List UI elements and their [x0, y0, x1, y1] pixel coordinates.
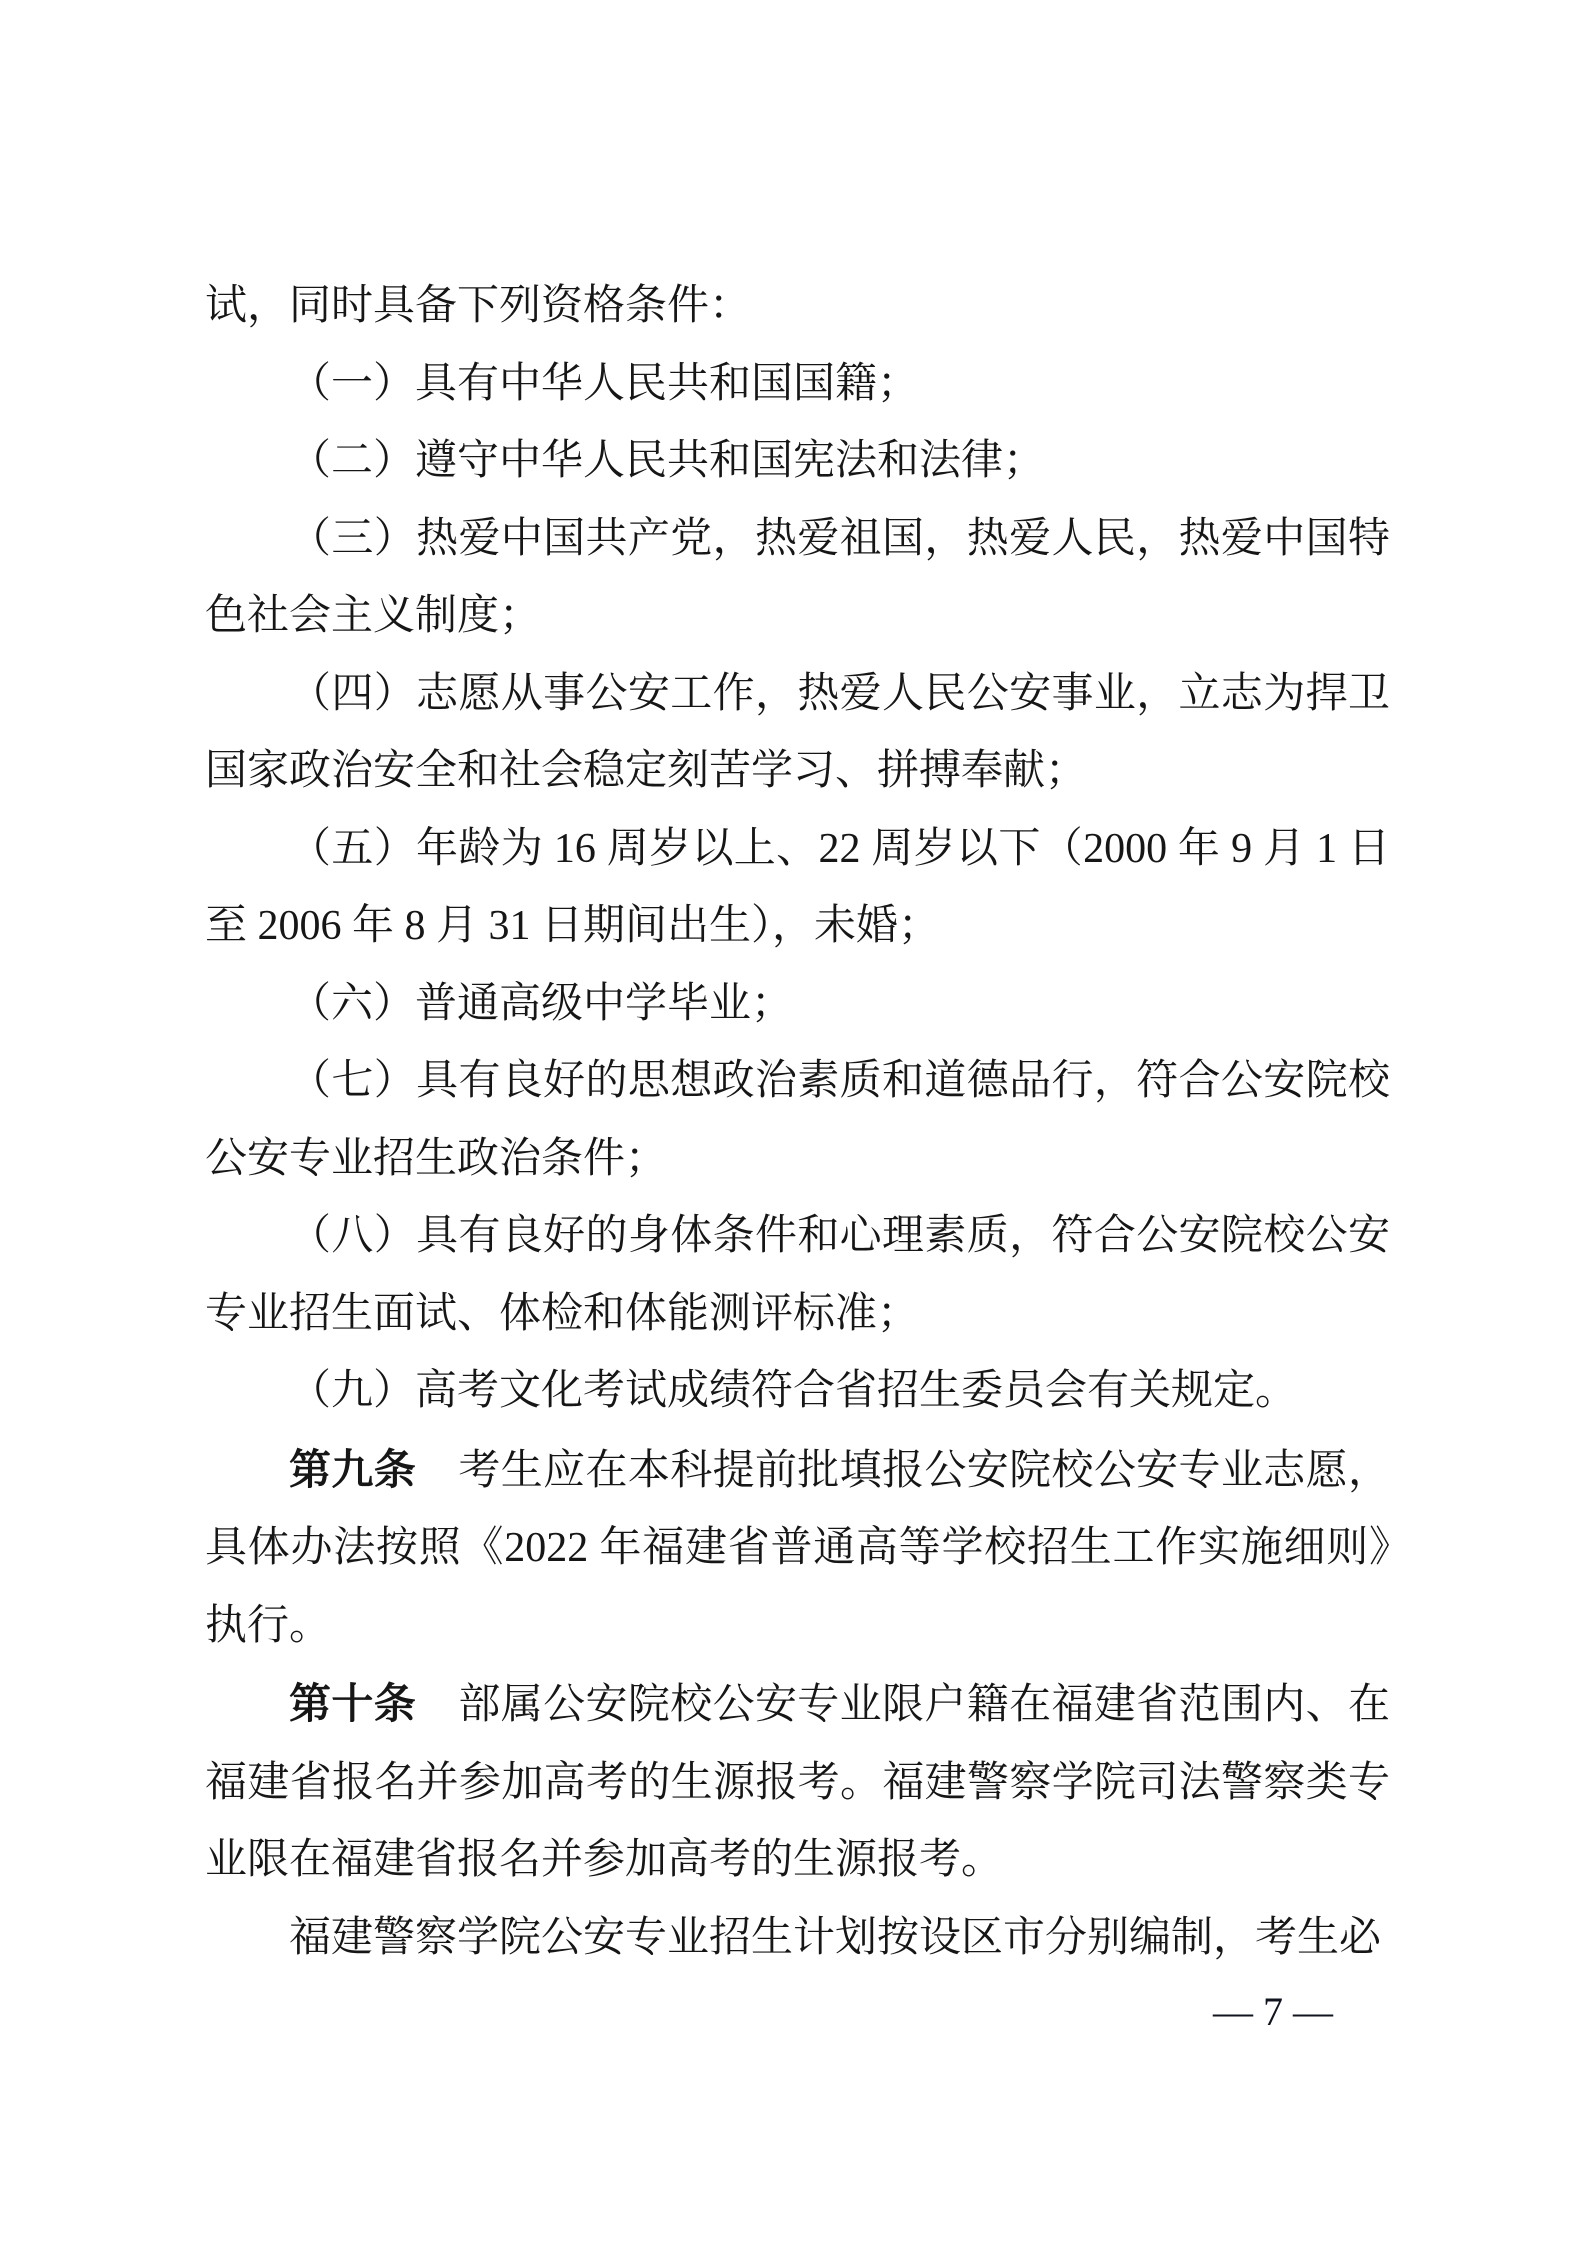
paragraph: 第十条 部属公安院校公安专业限户籍在福建省范围内、在福建省报名并参加高考的生源报… — [205, 1665, 1390, 1900]
article-number: 第九条 — [289, 1446, 416, 1493]
paragraph: （三）热爱中国共产党，热爱祖国，热爱人民，热爱中国特色社会主义制度； — [205, 501, 1390, 656]
article-number: 第十条 — [289, 1680, 416, 1727]
paragraph: （九）高考文化考试成绩符合省招生委员会有关规定。 — [205, 1353, 1390, 1431]
text-run: （五）年龄为 16 周岁以上、22 周岁以下（2000 年 9 月 1 日至 2… — [205, 826, 1390, 950]
paragraph: 第九条 考生应在本科提前批填报公安院校公安专业志愿，具体办法按照《2022 年福… — [205, 1431, 1390, 1666]
text-run: （六）普通高级中学毕业； — [289, 981, 793, 1027]
paragraph: （四）志愿从事公安工作，热爱人民公安事业，立志为捍卫国家政治安全和社会稳定刻苦学… — [205, 656, 1390, 811]
text-run: 试，同时具备下列资格条件： — [205, 283, 751, 329]
paragraph: （七）具有良好的思想政治素质和道德品行，符合公安院校公安专业招生政治条件； — [205, 1043, 1390, 1198]
document-body: 试，同时具备下列资格条件：（一）具有中华人民共和国国籍；（二）遵守中华人民共和国… — [205, 268, 1390, 1977]
text-run: （八）具有良好的身体条件和心理素质，符合公安院校公安专业招生面试、体检和体能测评… — [205, 1213, 1390, 1337]
page-number: — 7 — — [1148, 1988, 1398, 2035]
text-run: （七）具有良好的思想政治素质和道德品行，符合公安院校公安专业招生政治条件； — [205, 1058, 1390, 1182]
paragraph: （一）具有中华人民共和国国籍； — [205, 346, 1390, 424]
paragraph: 试，同时具备下列资格条件： — [205, 268, 1390, 346]
text-run: （三）热爱中国共产党，热爱祖国，热爱人民，热爱中国特色社会主义制度； — [205, 516, 1390, 640]
paragraph: （八）具有良好的身体条件和心理素质，符合公安院校公安专业招生面试、体检和体能测评… — [205, 1198, 1390, 1353]
text-run: （四）志愿从事公安工作，热爱人民公安事业，立志为捍卫国家政治安全和社会稳定刻苦学… — [205, 671, 1390, 795]
paragraph: 福建警察学院公安专业招生计划按设区市分别编制，考生必 — [205, 1900, 1390, 1978]
paragraph: （六）普通高级中学毕业； — [205, 966, 1390, 1044]
paragraph: （二）遵守中华人民共和国宪法和法律； — [205, 423, 1390, 501]
text-run: （一）具有中华人民共和国国籍； — [289, 361, 919, 407]
text-run: 福建警察学院公安专业招生计划按设区市分别编制，考生必 — [289, 1915, 1381, 1961]
text-run: （二）遵守中华人民共和国宪法和法律； — [289, 438, 1045, 484]
paragraph: （五）年龄为 16 周岁以上、22 周岁以下（2000 年 9 月 1 日至 2… — [205, 811, 1390, 966]
document-page: 试，同时具备下列资格条件：（一）具有中华人民共和国国籍；（二）遵守中华人民共和国… — [0, 0, 1587, 2245]
text-run: （九）高考文化考试成绩符合省招生委员会有关规定。 — [289, 1368, 1297, 1414]
